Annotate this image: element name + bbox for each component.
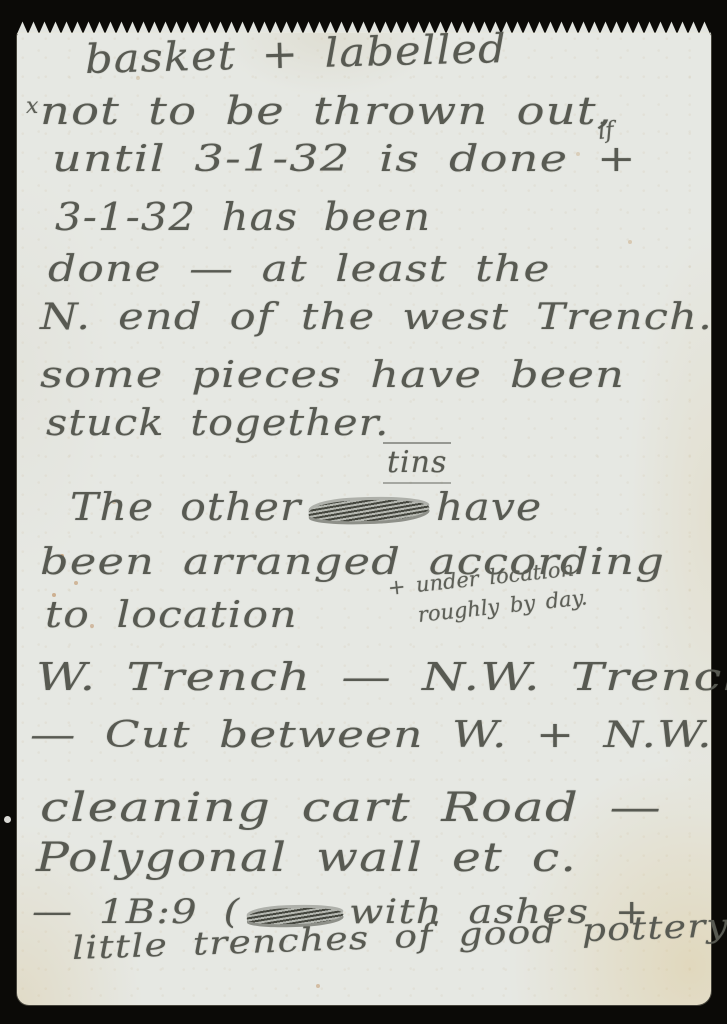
handwriting-line-basket: basket + labelled xyxy=(84,29,507,80)
handwriting-line-until-done: until 3-1-32 is done + xyxy=(52,142,637,178)
notebook-page: basket + labelled x not to be thrown out… xyxy=(17,33,711,1005)
inserted-word-tins: tins xyxy=(383,448,451,478)
scanned-note-photo: basket + labelled x not to be thrown out… xyxy=(0,0,727,1024)
handwriting-line-has-been: 3-1-32 has been xyxy=(55,198,431,236)
handwriting-line-w-trench-nw-trench: W. Trench — N.W. Trench xyxy=(36,658,727,696)
handwriting-line-stuck-together: stuck together. xyxy=(46,406,390,442)
paper-speckles xyxy=(17,33,19,35)
handwriting-line-not-thrown-out: not to be thrown out, xyxy=(40,92,613,130)
handwriting-line-done-at-least: done — at least the xyxy=(48,252,551,288)
handwriting-line-the-other-have: The otherhave xyxy=(70,488,542,526)
have-text: have xyxy=(436,485,543,529)
handwriting-line-some-pieces: some pieces have been xyxy=(40,358,625,394)
handwriting-line-cut-between: — Cut between W. + N.W. — xyxy=(30,718,727,754)
scribbled-out-word xyxy=(308,498,430,523)
the-other-text: The other xyxy=(70,485,301,529)
handwriting-line-polygonal-wall: Polygonal wall et c. xyxy=(36,838,577,878)
handwriting-line-n-end-west-trench: N. end of the west Trench. xyxy=(40,300,713,336)
white-speck-on-mat xyxy=(4,816,11,823)
handwriting-line-to-location: to location xyxy=(45,598,298,634)
tins-underlined: tins xyxy=(383,442,451,484)
margin-x-mark: x xyxy=(26,96,38,118)
handwriting-line-clearing-cart-road: cleaning cart Road — xyxy=(40,788,662,828)
